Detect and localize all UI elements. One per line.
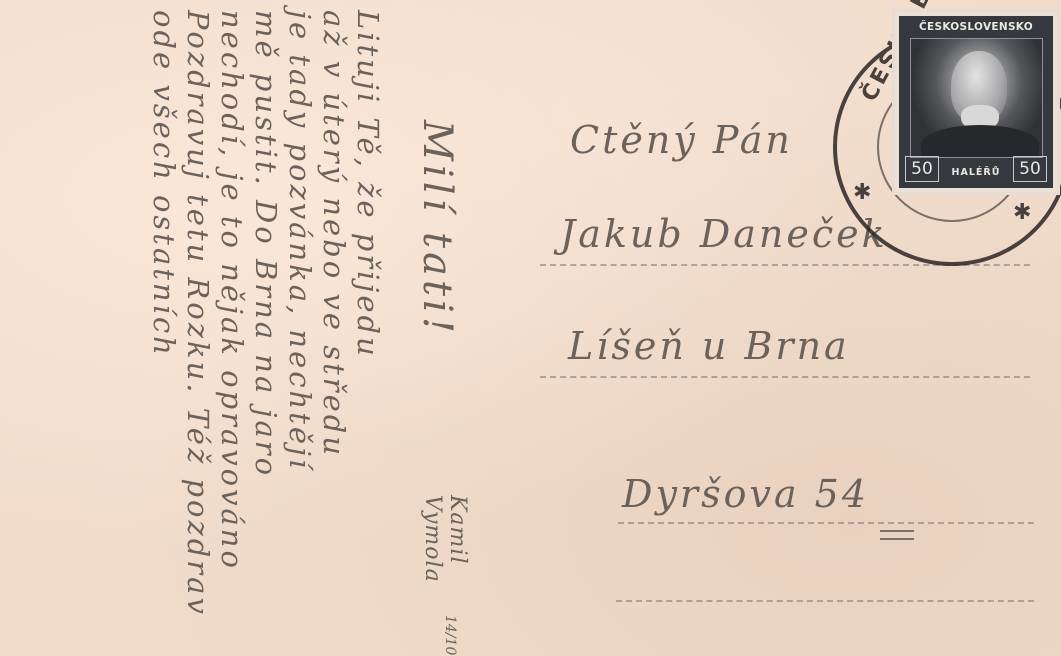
stamp-value-right: 50 bbox=[1013, 156, 1047, 182]
message-date: 14/10 bbox=[442, 615, 458, 655]
address-salutation: Ctěný Pán bbox=[570, 118, 793, 162]
message-line: Pozdravuj tetu Rozku. Též pozdrav bbox=[181, 10, 215, 617]
stamp-country: ČESKOSLOVENSKO bbox=[899, 21, 1053, 33]
message-line: až v úterý nebo ve středu bbox=[317, 10, 351, 617]
message-line: Lituji Tě, že přijedu bbox=[351, 10, 385, 617]
address-rule bbox=[540, 376, 1030, 378]
portrait-body bbox=[921, 125, 1039, 158]
street-number-underline bbox=[880, 530, 914, 540]
message-line: nechodí, je to nějak opravováno bbox=[215, 10, 249, 617]
message-line: mě pustit. Do Brna na jaro bbox=[249, 10, 283, 617]
handwritten-message: Milí tati! Lituji Tě, že přijedu až v út… bbox=[0, 0, 480, 656]
stamp-frame: ČESKOSLOVENSKO 50 HALÉŘŮ 50 bbox=[899, 16, 1053, 188]
message-line: je tady pozvánka, nechtějí bbox=[283, 10, 317, 617]
postmark-star-icon: ✱ bbox=[853, 180, 871, 205]
address-street: Dyršova 54 bbox=[622, 472, 869, 516]
stamp-portrait-icon bbox=[910, 38, 1043, 158]
address-rule bbox=[616, 600, 1034, 602]
address-rule bbox=[618, 522, 1034, 524]
address-recipient-name: Jakub Daneček bbox=[560, 212, 888, 256]
message-body: Lituji Tě, že přijedu až v úterý nebo ve… bbox=[147, 10, 385, 617]
postmark-star-icon: ✱ bbox=[1013, 200, 1031, 225]
message-greeting: Milí tati! bbox=[414, 120, 460, 337]
postage-stamp: ČESKOSLOVENSKO 50 HALÉŘŮ 50 bbox=[895, 12, 1057, 192]
address-town: Líšeň u Brna bbox=[568, 324, 850, 368]
message-line: ode všech ostatních bbox=[147, 10, 181, 617]
